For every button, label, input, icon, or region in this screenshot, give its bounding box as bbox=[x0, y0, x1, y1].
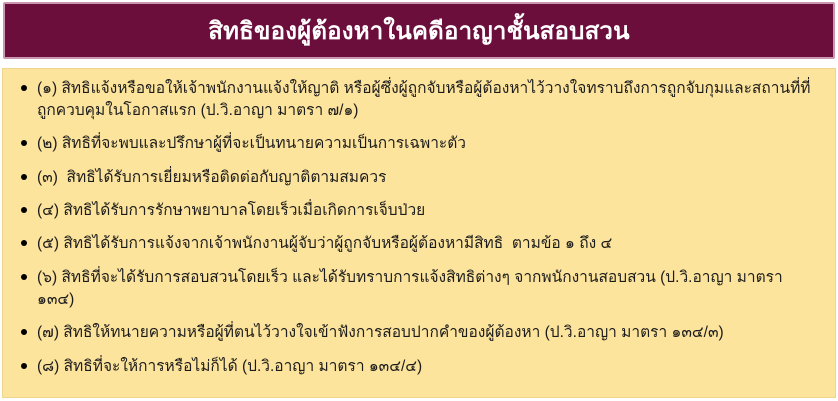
list-item: (๓) สิทธิได้รับการเยี่ยมหรือติดต่อกับญาต… bbox=[17, 167, 823, 189]
bullet-dot-icon bbox=[21, 140, 27, 146]
bullet-dot-icon bbox=[21, 240, 27, 246]
list-item: (๗) สิทธิให้ทนายความหรือผู้ที่ตนไว้วางใจ… bbox=[17, 322, 823, 344]
list-item: (๘) สิทธิที่จะให้การหรือไม่ก็ได้ (ป.วิ.อ… bbox=[17, 356, 823, 378]
rights-panel: (๑) สิทธิแจ้งหรือขอให้เจ้าพนักงานแจ้งให้… bbox=[2, 68, 836, 398]
list-item-text: (๕) สิทธิได้รับการแจ้งจากเจ้าพนักงานผู้จ… bbox=[37, 233, 612, 255]
bullet-dot-icon bbox=[21, 274, 27, 280]
bullet-dot-icon bbox=[21, 85, 27, 91]
bullet-dot-icon bbox=[21, 329, 27, 335]
title-banner: สิทธิของผู้ต้องหาในคดีอาญาชั้นสอบสวน bbox=[3, 2, 835, 59]
bullet-dot-icon bbox=[21, 207, 27, 213]
slide: สิทธิของผู้ต้องหาในคดีอาญาชั้นสอบสวน (๑)… bbox=[0, 0, 838, 401]
list-item-text: (๘) สิทธิที่จะให้การหรือไม่ก็ได้ (ป.วิ.อ… bbox=[37, 356, 422, 378]
list-item: (๕) สิทธิได้รับการแจ้งจากเจ้าพนักงานผู้จ… bbox=[17, 233, 823, 255]
list-item-text: (๑) สิทธิแจ้งหรือขอให้เจ้าพนักงานแจ้งให้… bbox=[37, 78, 823, 123]
list-item-text: (๓) สิทธิได้รับการเยี่ยมหรือติดต่อกับญาต… bbox=[37, 167, 386, 189]
list-item: (๔) สิทธิได้รับการรักษาพยาบาลโดยเร็วเมื่… bbox=[17, 200, 823, 222]
bullet-dot-icon bbox=[21, 174, 27, 180]
list-item: (๖) สิทธิที่จะได้รับการสอบสวนโดยเร็ว และ… bbox=[17, 267, 823, 312]
rights-list: (๑) สิทธิแจ้งหรือขอให้เจ้าพนักงานแจ้งให้… bbox=[17, 78, 823, 378]
header-content-gap bbox=[0, 59, 838, 68]
bullet-dot-icon bbox=[21, 363, 27, 369]
page-title: สิทธิของผู้ต้องหาในคดีอาญาชั้นสอบสวน bbox=[208, 11, 629, 50]
list-item: (๑) สิทธิแจ้งหรือขอให้เจ้าพนักงานแจ้งให้… bbox=[17, 78, 823, 123]
list-item-text: (๗) สิทธิให้ทนายความหรือผู้ที่ตนไว้วางใจ… bbox=[37, 322, 724, 344]
list-item-text: (๒) สิทธิที่จะพบและปรึกษาผู้ที่จะเป็นทนา… bbox=[37, 133, 466, 155]
list-item-text: (๖) สิทธิที่จะได้รับการสอบสวนโดยเร็ว และ… bbox=[37, 267, 823, 312]
list-item: (๒) สิทธิที่จะพบและปรึกษาผู้ที่จะเป็นทนา… bbox=[17, 133, 823, 155]
list-item-text: (๔) สิทธิได้รับการรักษาพยาบาลโดยเร็วเมื่… bbox=[37, 200, 425, 222]
